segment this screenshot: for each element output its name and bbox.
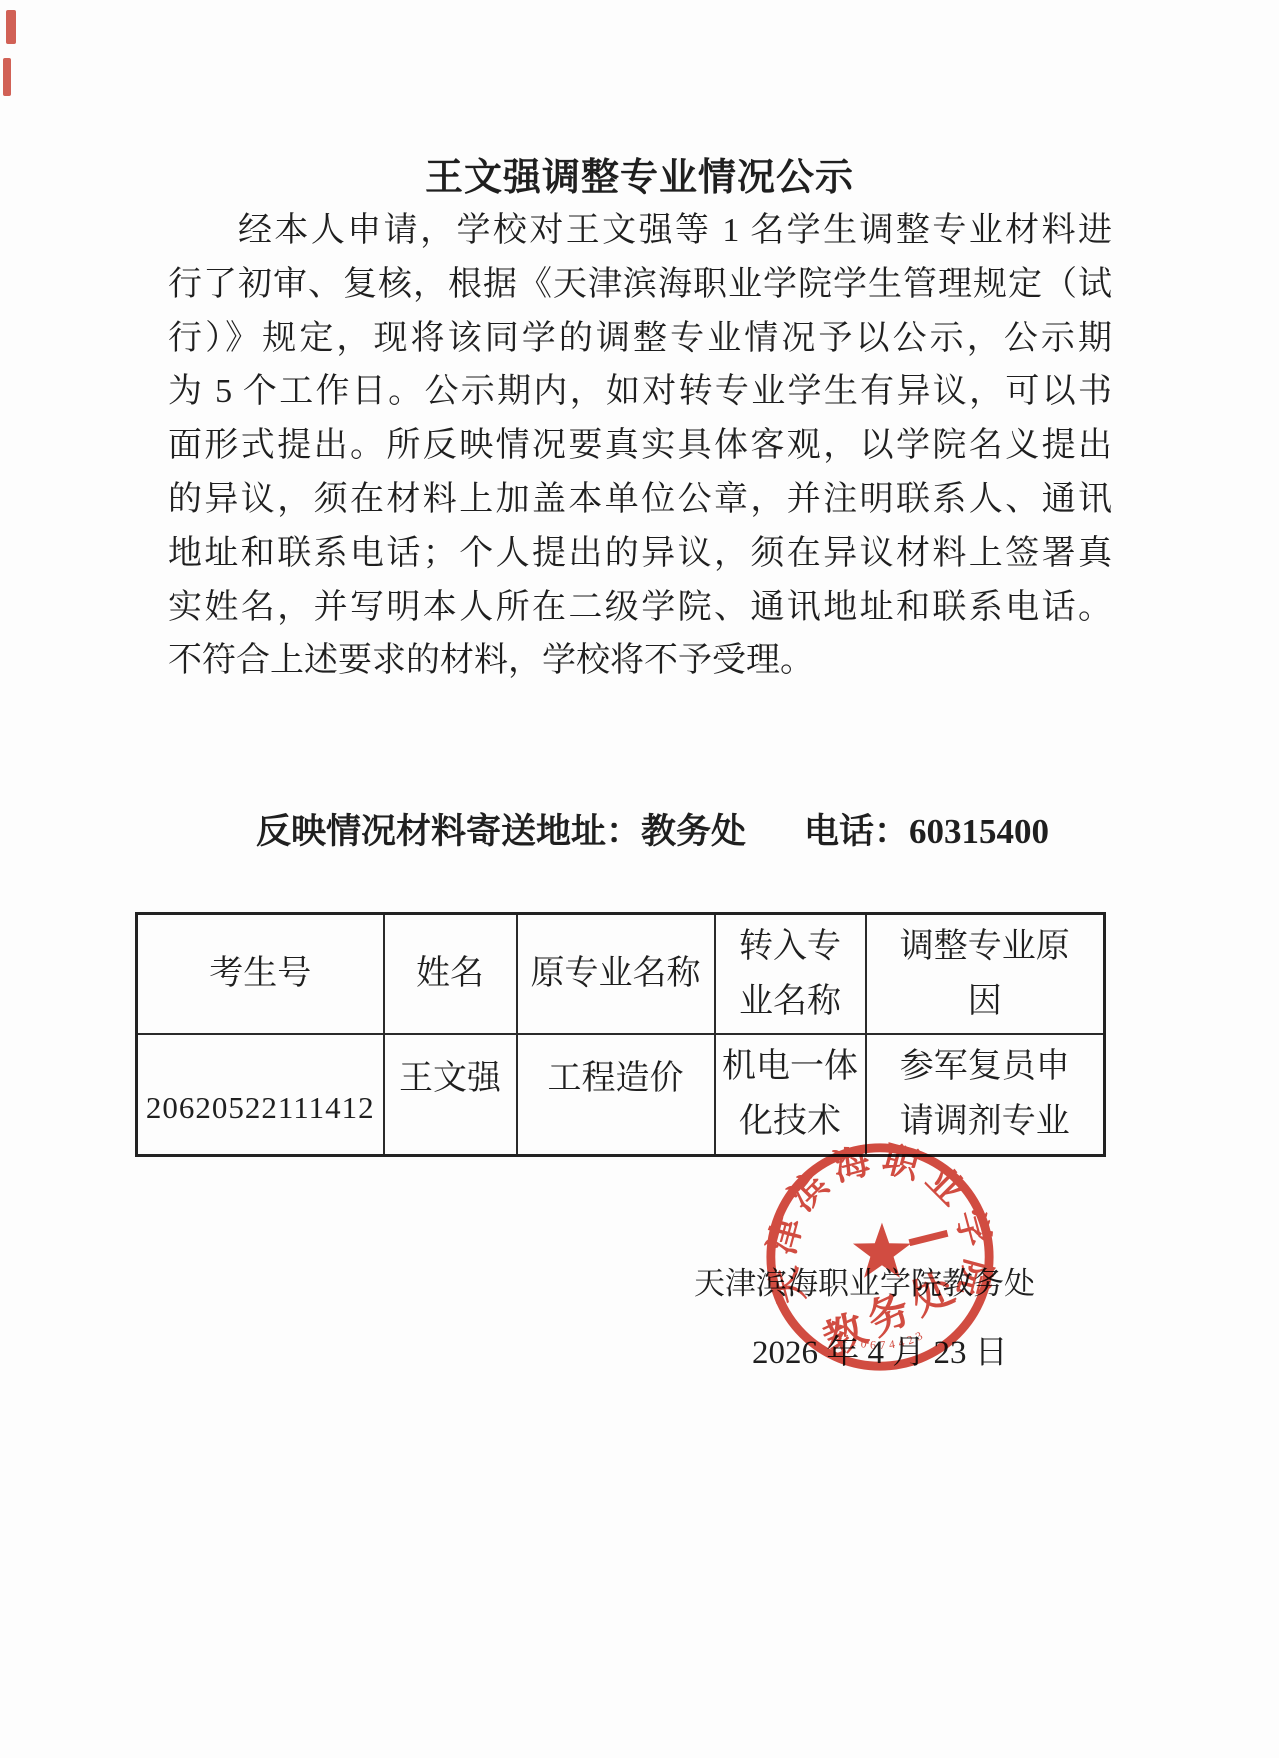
column-header-original-major: 原专业名称 bbox=[517, 914, 715, 1034]
contact-address-value: 教务处 bbox=[641, 812, 746, 851]
paragraph-line: 行）》规定，现将该同学的调整专业情况予以公示，公示期 bbox=[168, 312, 1112, 366]
contact-line: 反映情况材料寄送地址：教务处电话：60315400 bbox=[168, 806, 1112, 858]
stamp-dash bbox=[909, 1230, 949, 1246]
column-header-candidate-no: 考生号 bbox=[137, 914, 384, 1034]
cell-candidate-no: 20620522111412 bbox=[137, 1034, 384, 1156]
contact-phone-value: 60315400 bbox=[909, 812, 1049, 851]
paragraph-line: 面形式提出。所反映情况要真实具体客观，以学院名义提出 bbox=[168, 419, 1112, 473]
column-header-name: 姓名 bbox=[384, 914, 517, 1034]
paragraph-line: 不符合上述要求的材料，学校将不予受理。 bbox=[168, 634, 1112, 688]
paragraph-line: 行了初审、复核，根据《天津滨海职业学院学生管理规定（试 bbox=[168, 258, 1112, 312]
cell-name: 王文强 bbox=[384, 1034, 517, 1156]
paragraph-line: 的异议，须在材料上加盖本单位公章，并注明联系人、通讯 bbox=[168, 473, 1112, 527]
contact-phone-label: 电话： bbox=[804, 812, 909, 851]
scan-artifact bbox=[6, 10, 16, 44]
paragraph-line: 实姓名，并写明本人所在二级学院、通讯地址和联系电话。 bbox=[168, 581, 1112, 635]
date-line: 2026 年 4 月 23 日 bbox=[752, 1326, 1008, 1373]
contact-address-label: 反映情况材料寄送地址： bbox=[256, 812, 641, 851]
column-header-new-major: 转入专业名称 bbox=[715, 914, 866, 1034]
transfer-table: 考生号 姓名 原专业名称 转入专业名称 调整专业原因 2062052211141… bbox=[135, 912, 1106, 1157]
paragraph-line: 经本人申请，学校对王文强等 1 名学生调整专业材料进 bbox=[168, 204, 1112, 258]
cell-reason: 参军复员申请调剂专业 bbox=[866, 1034, 1105, 1156]
paragraph-line: 地址和联系电话；个人提出的异议，须在异议材料上签署真 bbox=[168, 527, 1112, 581]
table-header-row: 考生号 姓名 原专业名称 转入专业名称 调整专业原因 bbox=[137, 914, 1105, 1034]
document-page: 王文强调整专业情况公示 经本人申请，学校对王文强等 1 名学生调整专业材料进 行… bbox=[0, 0, 1279, 1758]
page-title: 王文强调整专业情况公示 bbox=[0, 146, 1279, 201]
cell-original-major: 工程造价 bbox=[517, 1034, 715, 1156]
signature-line: 天津滨海职业学院教务处 bbox=[694, 1258, 1035, 1303]
scan-artifact bbox=[3, 58, 11, 96]
column-header-reason: 调整专业原因 bbox=[866, 914, 1105, 1034]
cell-new-major: 机电一体化技术 bbox=[715, 1034, 866, 1156]
table-row: 20620522111412 王文强 工程造价 机电一体化技术 参军复员申请调剂… bbox=[137, 1034, 1105, 1156]
paragraph-line: 为 5 个工作日。公示期内，如对转专业学生有异议，可以书 bbox=[168, 365, 1112, 419]
body-paragraph: 经本人申请，学校对王文强等 1 名学生调整专业材料进 行了初审、复核，根据《天津… bbox=[168, 204, 1112, 688]
